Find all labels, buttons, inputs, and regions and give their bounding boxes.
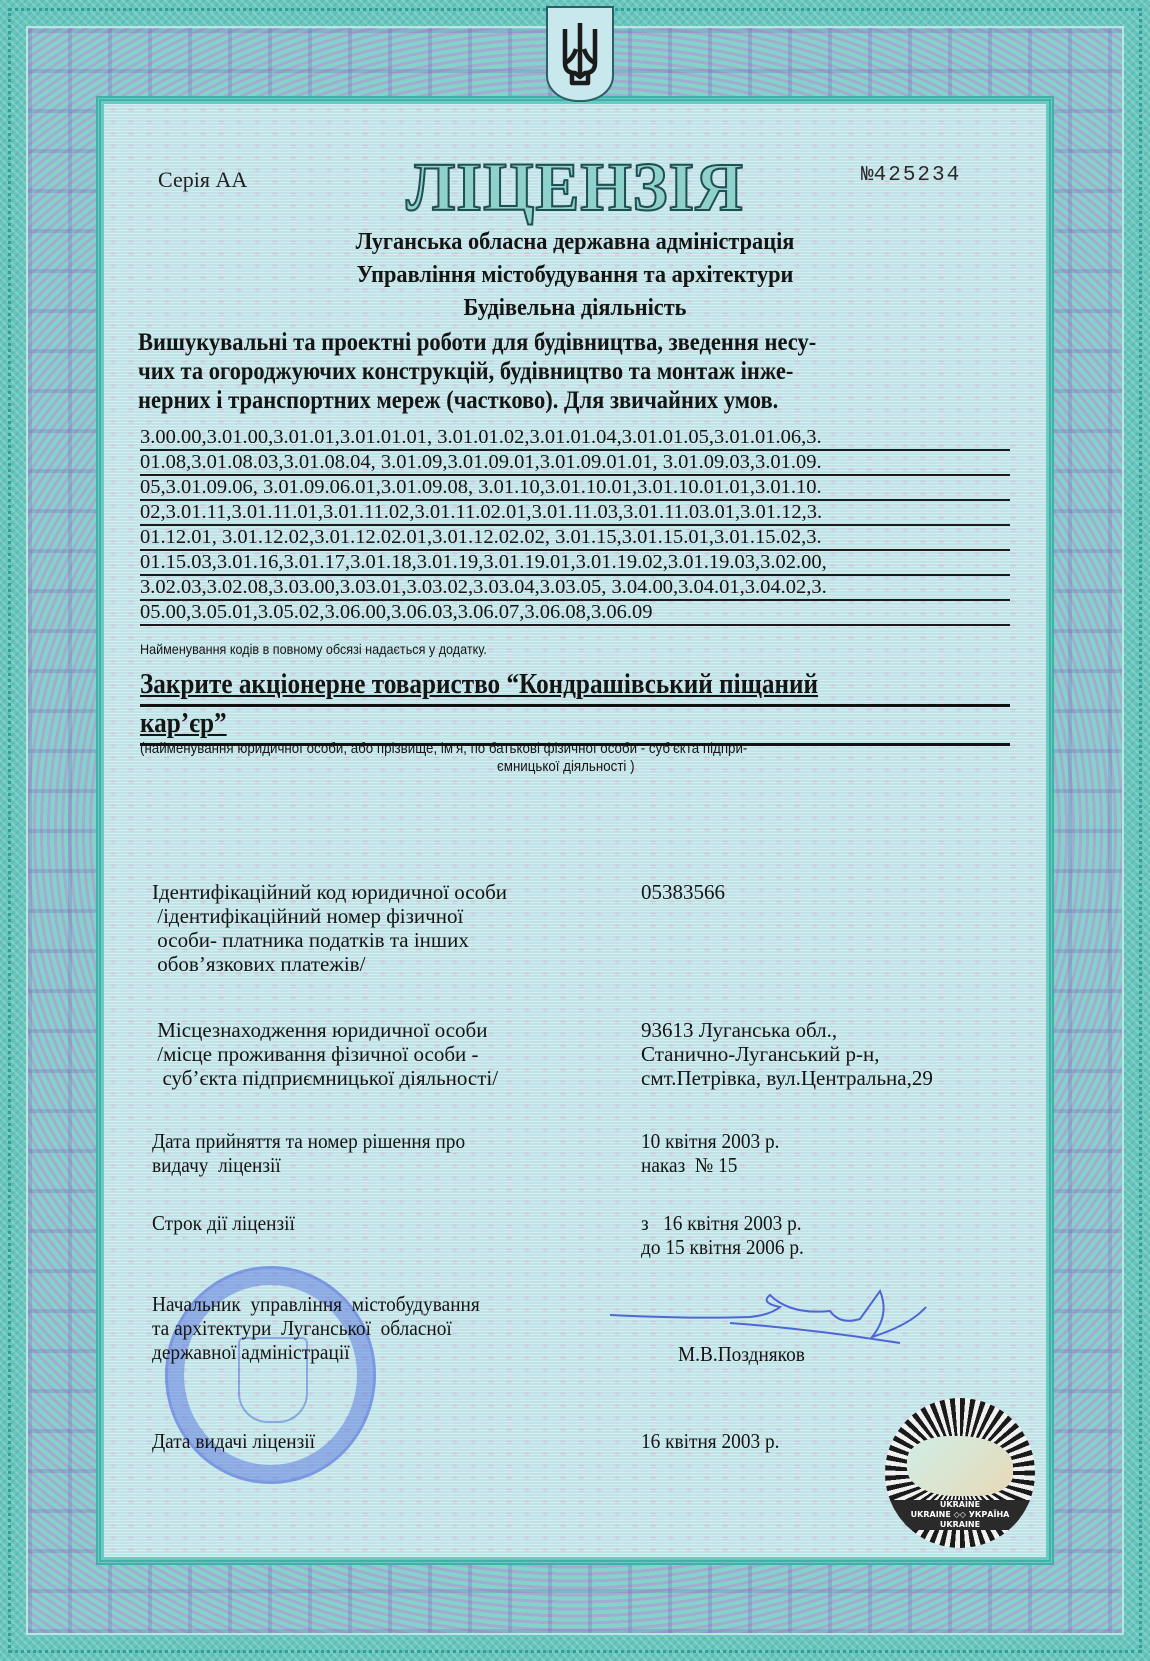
field-label-decision: Дата прийняття та номер рішення про вида… — [152, 1129, 465, 1177]
field-value-validity: з 16 квітня 2003 р. до 15 квітня 2006 р. — [641, 1211, 804, 1259]
activity-description: Вишукувальні та проектні роботи для буді… — [138, 328, 1020, 415]
tryzub-coat-of-arms-icon — [546, 6, 614, 102]
licensee-name: Закрите акціонерне товариство “Кондрашів… — [140, 668, 1010, 746]
codes-note: Найменування кодів в повному обсязі нада… — [140, 641, 487, 657]
ukraine-map-icon — [907, 1436, 1013, 1496]
activity-type: Будівельна діяльність — [40, 295, 1110, 322]
code-line: 02,3.01.11,3.01.11.01,3.01.11.02,3.01.11… — [140, 501, 1010, 526]
code-line: 01.12.01, 3.01.12.02,3.01.12.02.01,3.01.… — [140, 526, 1010, 551]
field-value-decision: 10 квітня 2003 р. наказ № 15 — [641, 1129, 779, 1177]
department-name: Управління містобудування та архітектури — [40, 262, 1110, 289]
field-label-validity: Строк дії ліцензії — [152, 1211, 295, 1235]
field-label-location: Місцезнаходження юридичної особи /місце … — [152, 1018, 498, 1090]
signatory-name: М.В.Поздняков — [678, 1342, 805, 1366]
hologram-ukraine-icon: UKRAINE UKRAINE ◇◇ УКРАЇНА UKRAINE — [885, 1398, 1035, 1548]
code-line: 01.15.03,3.01.16,3.01.17,3.01.18,3.01.19… — [140, 551, 1010, 576]
field-label-id-code: Ідентифікаційний код юридичної особи /ід… — [152, 880, 507, 976]
code-line: 3.02.03,3.02.08,3.03.00,3.03.01,3.03.02,… — [140, 576, 1010, 601]
code-line: 3.00.00,3.01.00,3.01.01,3.01.01.01, 3.01… — [140, 426, 1010, 451]
code-line: 05,3.01.09.06, 3.01.09.06.01,3.01.09.08,… — [140, 476, 1010, 501]
hologram-text: UKRAINE UKRAINE ◇◇ УКРАЇНА UKRAINE — [885, 1500, 1035, 1530]
issue-date-label: Дата видачі ліцензії — [152, 1429, 315, 1453]
field-value-location: 93613 Луганська обл., Станично-Луганськи… — [641, 1018, 933, 1090]
issuer-name: Луганська обласна державна адміністрація — [40, 229, 1110, 256]
issue-date-value: 16 квітня 2003 р. — [641, 1429, 779, 1453]
signatory-title: Начальник управління містобудування та а… — [152, 1292, 480, 1364]
code-line: 05.00,3.05.01,3.05.02,3.06.00,3.06.03,3.… — [140, 601, 1010, 626]
document-title: ЛІЦЕНЗІЯ — [0, 148, 1150, 228]
field-value-id-code: 05383566 — [641, 880, 725, 904]
licensee-caption: (найменування юридичної особи, або прізв… — [140, 740, 950, 776]
license-certificate: Серія АА ЛІЦЕНЗІЯ №425234 Луганська обла… — [0, 0, 1150, 1661]
activity-codes: 3.00.00,3.01.00,3.01.01,3.01.01.01, 3.01… — [140, 426, 1010, 626]
license-number: №425234 — [861, 164, 961, 187]
code-line: 01.08,3.01.08.03,3.01.08.04, 3.01.09,3.0… — [140, 451, 1010, 476]
